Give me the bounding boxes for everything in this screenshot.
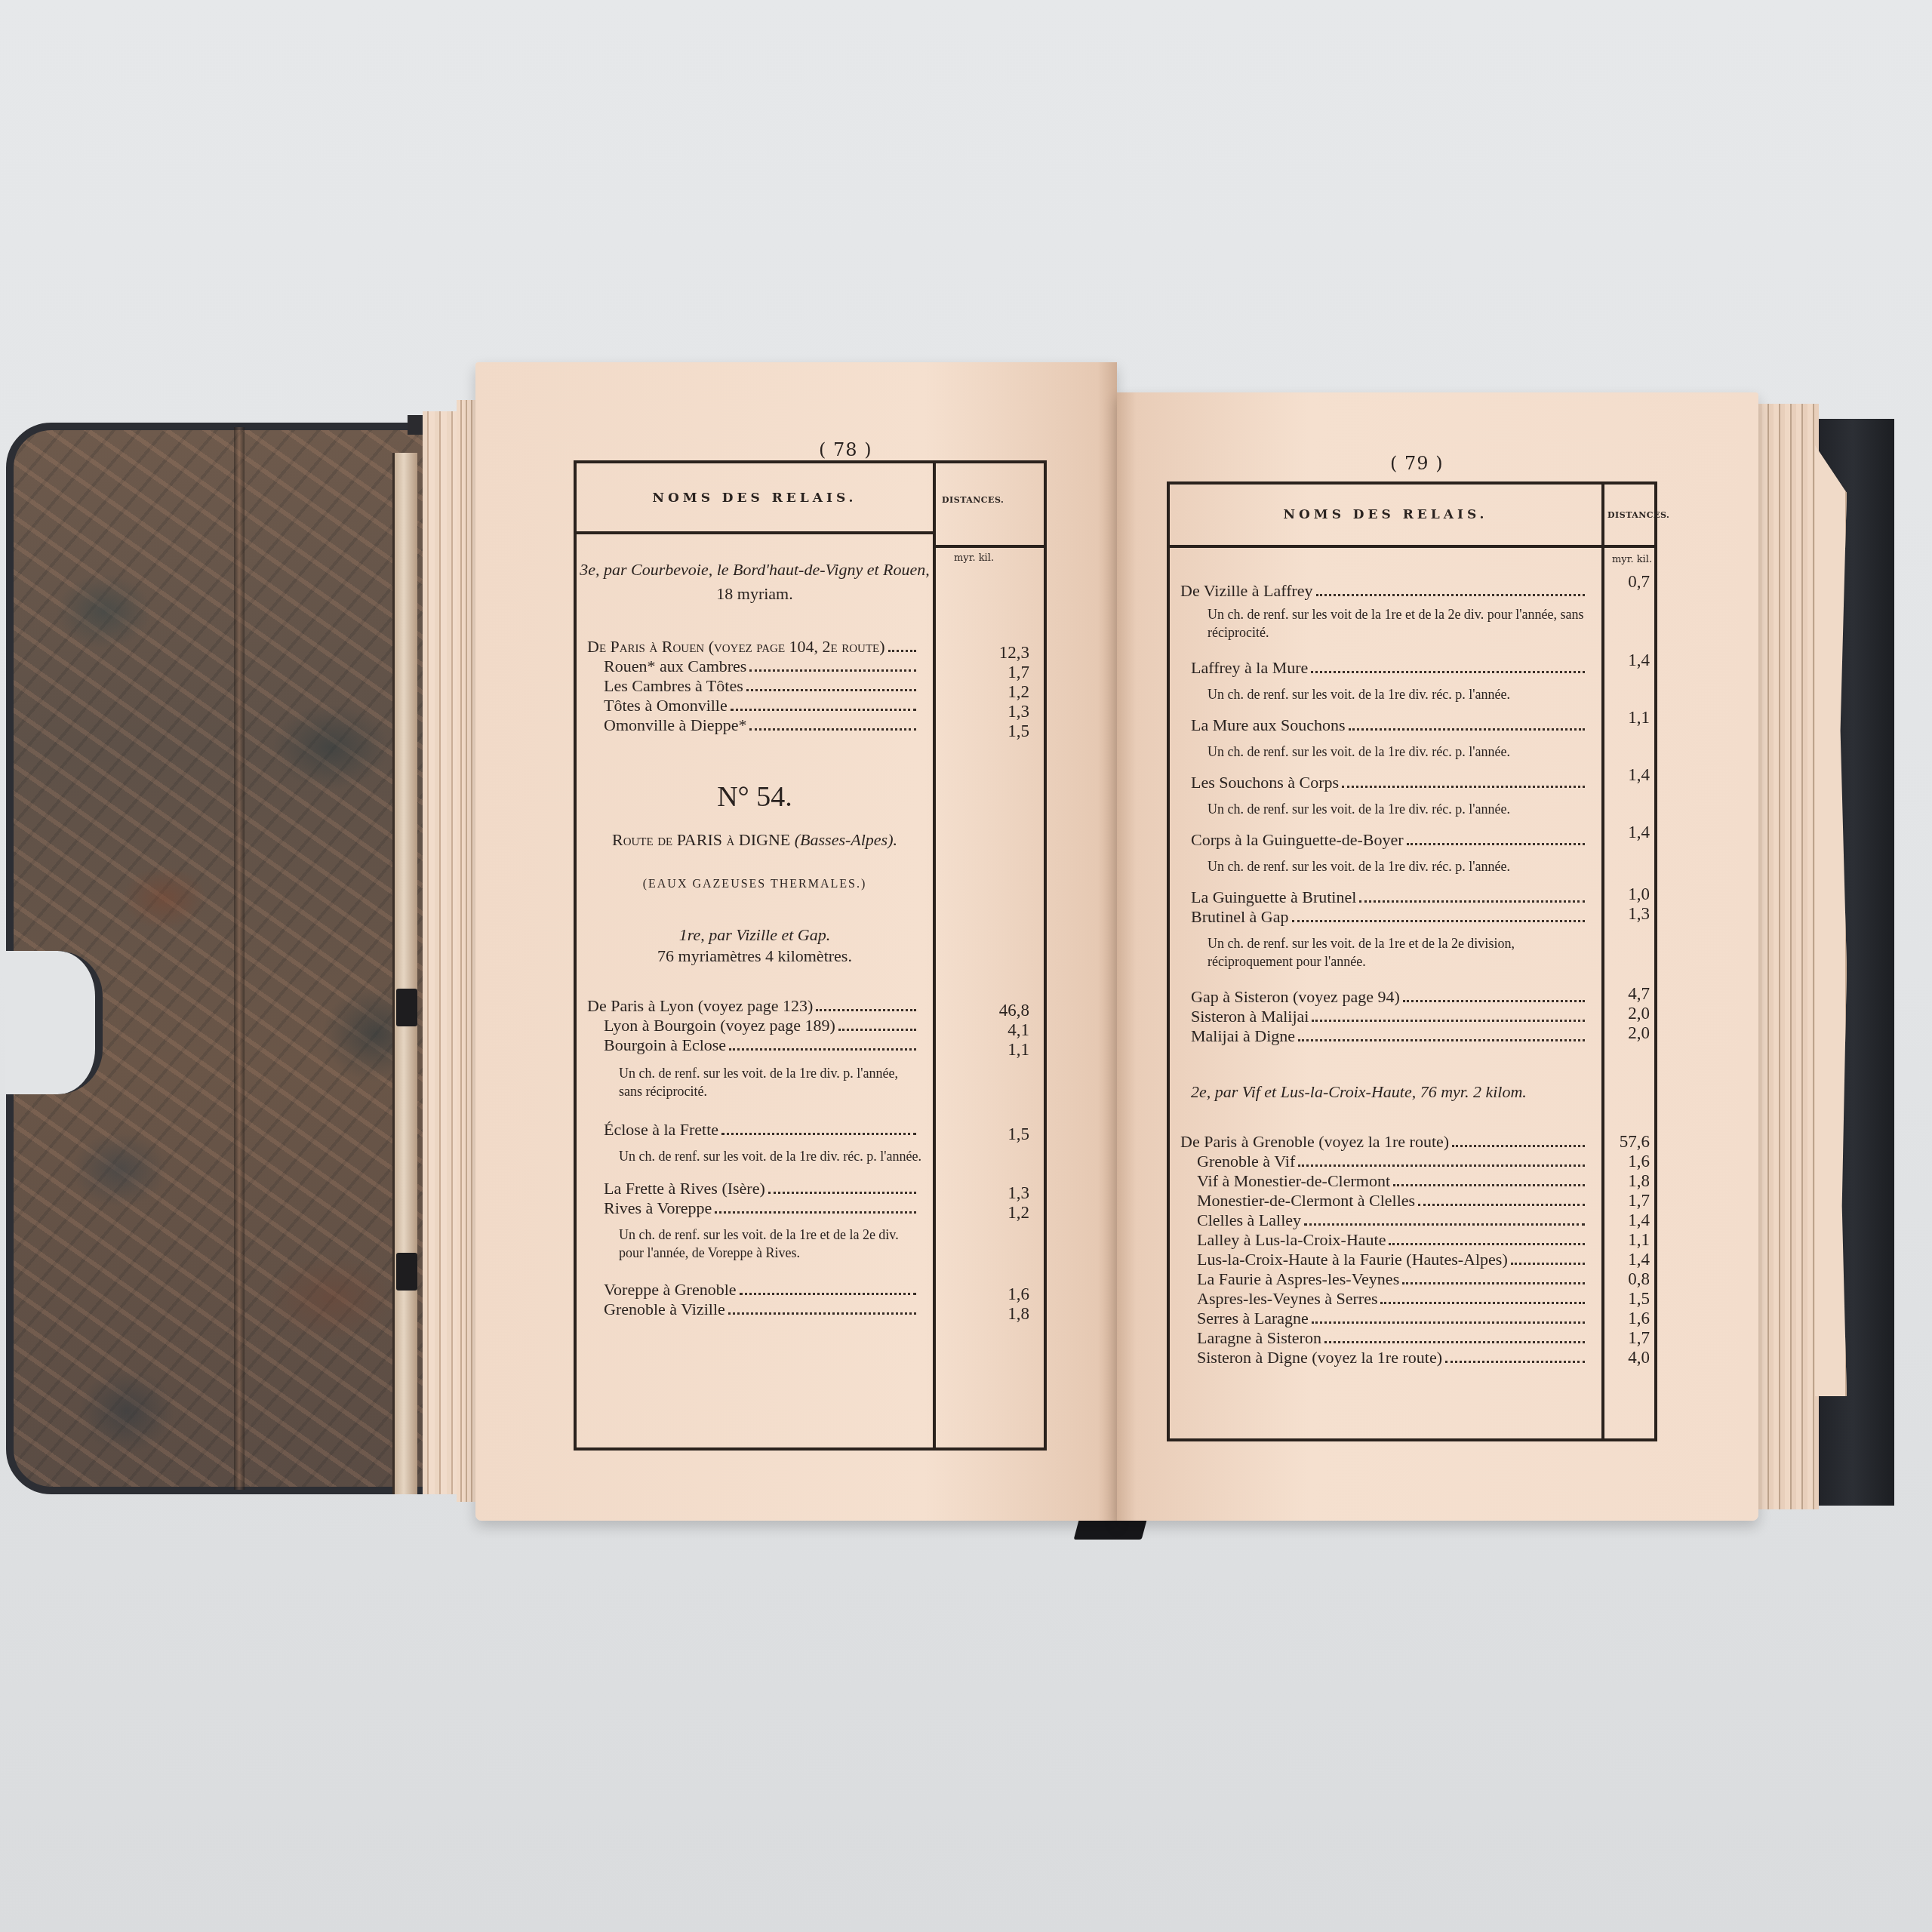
- distance-value: 1,7: [977, 663, 1029, 682]
- distance-value: 1,1: [977, 1040, 1029, 1060]
- distance-value: 4,0: [1597, 1348, 1650, 1367]
- distance-value: 4,7: [1597, 984, 1650, 1004]
- header-rule: [1170, 545, 1601, 548]
- distance-value: 1,6: [977, 1284, 1029, 1304]
- relay-note: Un ch. de renf. sur les voit. de la 1re …: [1207, 685, 1592, 703]
- section-heading: 2e, par Vif et Lus-la-Croix-Haute, 76 my…: [1191, 1082, 1598, 1102]
- distance-value: 1,7: [1597, 1328, 1650, 1348]
- distance-value: 4,1: [977, 1020, 1029, 1040]
- relay-note: Un ch. de renf. sur les voit. de la 1re …: [619, 1064, 921, 1100]
- table-row: Monestier-de-Clermont à Clelles: [1197, 1191, 1588, 1211]
- header-rule: [1604, 545, 1654, 548]
- distance-value: 1,4: [1597, 823, 1650, 842]
- column-header-distances: DISTANCES.: [942, 495, 1004, 505]
- spine-strip: [392, 453, 417, 1494]
- distance-value: 1,6: [1597, 1152, 1650, 1171]
- column-divider: [933, 463, 936, 1447]
- column-header-distances: DISTANCES.: [1607, 510, 1669, 520]
- table-row: Les Souchons à Corps: [1191, 773, 1588, 792]
- distance-value: 1,8: [977, 1304, 1029, 1324]
- distance-value: 1,1: [1597, 708, 1650, 728]
- distance-value: 2,0: [1597, 1004, 1650, 1023]
- distance-value: 1,7: [1597, 1191, 1650, 1211]
- relay-note: Un ch. de renf. sur les voit de la 1re e…: [1207, 605, 1592, 641]
- distance-value: 1,4: [1597, 1211, 1650, 1230]
- distance-value: 1,4: [1597, 765, 1650, 785]
- section-heading: 1re, par Vizille et Gap.: [577, 925, 933, 945]
- table-row: Tôtes à Omonville: [604, 696, 919, 715]
- table-row: La Guinguette à Brutinel: [1191, 888, 1588, 907]
- table-row: Laragne à Sisteron: [1197, 1328, 1588, 1348]
- page-number: ( 78 ): [819, 439, 872, 460]
- column-header-units: myr. kil.: [1612, 554, 1652, 565]
- table-row: De Paris à Lyon (voyez page 123): [587, 996, 919, 1016]
- distance-value: 1,2: [977, 682, 1029, 702]
- table-row: Omonville à Dieppe*: [604, 715, 919, 735]
- route-title: Route de PARIS à DIGNE (Basses-Alpes).: [577, 830, 933, 850]
- distance-value: 1,5: [977, 721, 1029, 741]
- relay-note: Un ch. de renf. sur les voit. de la 1re …: [1207, 743, 1592, 761]
- cover-notch: [5, 951, 103, 1094]
- distance-value: 1,2: [977, 1203, 1029, 1223]
- distance-value: 1,4: [1597, 1250, 1650, 1269]
- table-row: Gap à Sisteron (voyez page 94): [1191, 987, 1588, 1007]
- distance-value: 1,8: [1597, 1171, 1650, 1191]
- table-row: Corps à la Guinguette-de-Boyer: [1191, 830, 1588, 850]
- distance-value: 0,8: [1597, 1269, 1650, 1289]
- right-page-edges: [1751, 404, 1819, 1509]
- route-subtitle: (EAUX GAZEUSES THERMALES.): [577, 875, 933, 894]
- section-total: 76 myriamètres 4 kilomètres.: [577, 946, 933, 966]
- table-row: Sisteron à Digne (voyez la 1re route): [1197, 1348, 1588, 1367]
- table-row: Brutinel à Gap: [1191, 907, 1588, 927]
- table-row: Rouen* aux Cambres: [604, 657, 919, 676]
- table-row: Les Cambres à Tôtes: [604, 676, 919, 696]
- distance-value: 1,3: [977, 1183, 1029, 1203]
- relais-table: NOMS DES RELAIS. DISTANCES. myr. kil. 3e…: [574, 460, 1047, 1451]
- table-row: Rives à Voreppe: [604, 1198, 919, 1218]
- table-row: Voreppe à Grenoble: [604, 1280, 919, 1300]
- column-header-names: NOMS DES RELAIS.: [577, 491, 933, 506]
- table-row: Éclose à la Frette: [604, 1120, 919, 1140]
- table-row: Vif à Monestier-de-Clermont: [1197, 1171, 1588, 1191]
- distance-value: 2,0: [1597, 1023, 1650, 1043]
- table-row: Lalley à Lus-la-Croix-Haute: [1197, 1230, 1588, 1250]
- distance-value: 1,1: [1597, 1230, 1650, 1250]
- spine-tab: [396, 989, 417, 1026]
- spine-tab: [396, 1253, 417, 1291]
- distance-value: 1,5: [1597, 1289, 1650, 1309]
- table-row: La Mure aux Souchons: [1191, 715, 1588, 735]
- distance-value: 0,7: [1597, 572, 1650, 592]
- table-row: Sisteron à Malijai: [1191, 1007, 1588, 1026]
- relay-note: Un ch. de renf. sur les voit. de la 1re …: [1207, 857, 1592, 875]
- distance-value: 1,0: [1597, 884, 1650, 904]
- route-number: N° 54.: [577, 780, 933, 814]
- relais-table: NOMS DES RELAIS. DISTANCES. myr. kil. De…: [1167, 481, 1657, 1441]
- section-total: 18 myriam.: [577, 584, 933, 604]
- page-79: ( 79 ) NOMS DES RELAIS. DISTANCES. myr. …: [1117, 392, 1758, 1521]
- cover-fold: [234, 427, 245, 1490]
- section-heading: 3e, par Courbevoie, le Bord'haut-de-Vign…: [577, 560, 933, 580]
- table-row: Bourgoin à Eclose: [604, 1035, 919, 1055]
- table-row: Aspres-les-Veynes à Serres: [1197, 1289, 1588, 1309]
- relay-note: Un ch. de renf. sur les voit. de la 1re …: [1207, 934, 1592, 971]
- table-row: Grenoble à Vif: [1197, 1152, 1588, 1171]
- page-78: ( 78 ) NOMS DES RELAIS. DISTANCES. myr. …: [475, 362, 1117, 1521]
- table-row: Grenoble à Vizille: [604, 1300, 919, 1319]
- distance-value: 1,4: [1597, 651, 1650, 670]
- table-row: De Vizille à Laffrey: [1180, 581, 1588, 601]
- relay-note: Un ch. de renf. sur les voit. de la 1re …: [619, 1226, 921, 1262]
- distance-value: 1,3: [977, 702, 1029, 721]
- column-header-units: myr. kil.: [954, 552, 994, 564]
- table-row: Clelles à Lalley: [1197, 1211, 1588, 1230]
- table-row: Malijai à Digne: [1191, 1026, 1588, 1046]
- folded-insert: [1815, 445, 1847, 1396]
- relay-note: Un ch. de renf. sur les voit. de la 1re …: [619, 1147, 936, 1165]
- table-row: Laffrey à la Mure: [1191, 658, 1588, 678]
- table-row: Serres à Laragne: [1197, 1309, 1588, 1328]
- table-row: Lus-la-Croix-Haute à la Faurie (Hautes-A…: [1197, 1250, 1588, 1269]
- distance-value: 1,3: [1597, 904, 1650, 924]
- distance-value: 57,6: [1597, 1132, 1650, 1152]
- relay-note: Un ch. de renf. sur les voit. de la 1re …: [1207, 800, 1592, 818]
- header-rule: [936, 545, 1044, 548]
- table-row: La Frette à Rives (Isère): [604, 1179, 919, 1198]
- distance-value: 12,3: [977, 643, 1029, 663]
- distance-value: 46,8: [977, 1001, 1029, 1020]
- page-number: ( 79 ): [1390, 453, 1444, 474]
- table-row: La Faurie à Aspres-les-Veynes: [1197, 1269, 1588, 1289]
- table-row: Lyon à Bourgoin (voyez page 189): [604, 1016, 919, 1035]
- distance-value: 1,6: [1597, 1309, 1650, 1328]
- header-rule: [577, 531, 933, 534]
- table-row: De Paris à Rouen (voyez page 104, 2e rou…: [587, 637, 919, 657]
- column-header-names: NOMS DES RELAIS.: [1170, 507, 1601, 522]
- distance-value: 1,5: [977, 1124, 1029, 1144]
- table-row: De Paris à Grenoble (voyez la 1re route): [1180, 1132, 1588, 1152]
